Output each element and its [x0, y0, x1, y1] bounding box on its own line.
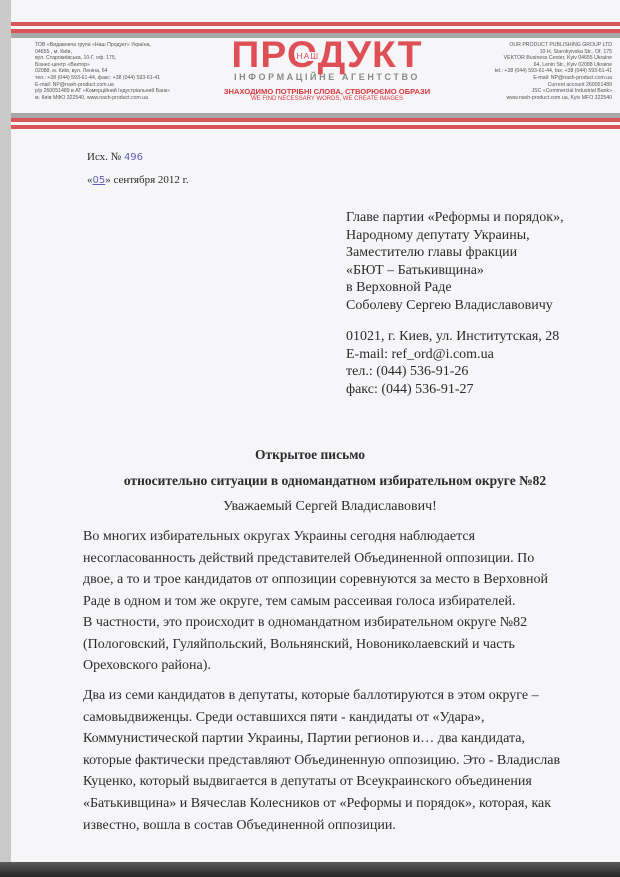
letterhead-line: 10 H, Starokyivska Str., Of. 175: [412, 49, 612, 56]
paragraph-line: двое, а то и трое кандидатов от оппозици…: [83, 569, 603, 591]
letter-subtitle: относительно ситуации в одномандатном из…: [100, 473, 570, 489]
letterhead-line: tel.: +38 (044) 593-61-44, fax: +38 (044…: [412, 68, 612, 75]
addressee-line: Главе партии «Реформы и порядок»,: [346, 209, 564, 227]
paragraph-line: Два из семи кандидатов в депутаты, котор…: [83, 685, 603, 707]
letterhead-line: VEKTOR Business Center, Kyiv 04655 Ukrai…: [412, 55, 612, 62]
outgoing-number-value: 496: [124, 152, 143, 163]
outgoing-number: Исх. № 496: [87, 151, 143, 163]
paragraph-line: Куценко, который выдвигается в депутаты …: [83, 771, 603, 793]
body-paragraph-1: Во многих избирательных округах Украины …: [83, 526, 603, 612]
scan-edge-shadow: [0, 862, 620, 877]
letterhead-website: www.nash-product.com.ua, Kyiv MFO 322540: [412, 95, 612, 102]
addressee-line: Заместителю главы фракции: [346, 244, 564, 262]
letterhead-website: м. Київ МФО 322540, www.nash-product.com…: [35, 95, 215, 102]
paragraph-line: Коммунистической партии Украины, Партии …: [83, 728, 603, 750]
addressee-block: Главе партии «Реформы и порядок», Народн…: [346, 209, 564, 315]
addressee-contacts: 01021, г. Киев, ул. Институтская, 28 E-m…: [346, 328, 559, 398]
letterhead-line: вул. Старокиївська, 10-Г, оф. 175,: [35, 55, 215, 62]
logo-slogan-ua: ЗНАХОДИМО ПОТРІБНІ СЛОВА, СТВОРЮЄМО ОБРА…: [214, 87, 440, 96]
paragraph-line: Во многих избирательных округах Украины …: [83, 526, 603, 548]
letterhead-line: ТОВ «Видавнича група «Наш Продукт» Украї…: [35, 42, 215, 49]
letterhead-line: тел.: +38 (044) 593-61-44, факс: +38 (04…: [35, 75, 215, 82]
contact-fax: факс: (044) 536-91-27: [346, 381, 559, 399]
addressee-name: Соболеву Сергею Владиславовичу: [346, 297, 564, 315]
paragraph-line: несогласованность действий представителе…: [83, 548, 603, 570]
outgoing-number-label: Исх. №: [87, 151, 121, 163]
letterhead-bottom-stripe-red-2: [11, 125, 620, 129]
paragraph-line: «Батькивщина» и Вячеслав Колесников от «…: [83, 793, 603, 815]
letterhead-line: Бізнес-центр «Вектор»: [35, 62, 215, 69]
letterhead-email: E-mail: NP@nash-product.com.ua: [412, 75, 612, 82]
letterhead-bottom-stripe-red: [11, 118, 620, 122]
letterhead-top-stripe-red: [11, 22, 620, 26]
addressee-line: Народному депутату Украины,: [346, 227, 564, 245]
paragraph-line: известно, вошла в состав Объединенной оп…: [83, 815, 603, 837]
letterhead-line: 04655 , м. Київ,: [35, 49, 215, 56]
contact-address: 01021, г. Киев, ул. Институтская, 28: [346, 328, 559, 346]
date-day: 05: [93, 175, 106, 186]
logo-slogan-en: WE FIND NECESSARY WORDS, WE CREATE IMAGE…: [214, 96, 440, 103]
paragraph-line: В частности, это происходит в одномандат…: [83, 612, 603, 634]
letterhead-line: 64, Lenin Str., Kyiv 02088 Ukraine: [412, 62, 612, 69]
contact-email: E-mail: ref_ord@i.com.ua: [346, 346, 559, 364]
addressee-line: «БЮТ – Батькивщина»: [346, 262, 564, 280]
paragraph-line: (Пологовский, Гуляйпольский, Вольнянский…: [83, 634, 603, 656]
addressee-line: в Верховной Раде: [346, 279, 564, 297]
letterhead-line: OUR PRODUCT PUBLISHING GROUP LTD: [412, 42, 612, 49]
letterhead-line: р/р 260051489 в АТ «Комерційний Індустрі…: [35, 88, 215, 95]
date-month-year: » сентября 2012 г.: [105, 174, 188, 186]
letter-title: Открытое письмо: [0, 447, 620, 463]
letterhead-line: 02088, м. Київ, вул. Леніна, 64: [35, 68, 215, 75]
company-logo: ПРОДУКТ НАШ ІНФОРМАЦІЙНЕ АГЕНТСТВО ЗНАХО…: [214, 38, 440, 103]
logo-nash-text: НАШ: [296, 52, 321, 61]
letterhead-address-en: OUR PRODUCT PUBLISHING GROUP LTD 10 H, S…: [412, 42, 612, 101]
body-paragraph-3: Два из семи кандидатов в депутаты, котор…: [83, 685, 603, 836]
logo-wordmark: ПРОДУКТ НАШ: [208, 38, 445, 72]
paragraph-line: самовыдвиженцы. Среди оставшихся пяти - …: [83, 707, 603, 729]
letterhead-address-ua: ТОВ «Видавнича група «Наш Продукт» Украї…: [35, 42, 215, 101]
paragraph-line: Раде в одном и том же округе, тем самым …: [83, 591, 603, 613]
paragraph-line: которые фактически представляют Объедине…: [83, 750, 603, 772]
letterhead-line: JSC «Commercial Industrial Bank»: [412, 88, 612, 95]
letter-date: «05» сентября 2012 г.: [87, 174, 189, 186]
paragraph-line: Ореховского района).: [83, 655, 603, 677]
body-paragraph-2: В частности, это происходит в одномандат…: [83, 612, 603, 677]
letter-greeting: Уважаемый Сергей Владиславович!: [0, 499, 620, 515]
contact-phone: тел.: (044) 536-91-26: [346, 363, 559, 381]
letterhead-line: Current account 260051489: [412, 82, 612, 89]
logo-main-text: ПРОДУКТ: [231, 34, 422, 75]
